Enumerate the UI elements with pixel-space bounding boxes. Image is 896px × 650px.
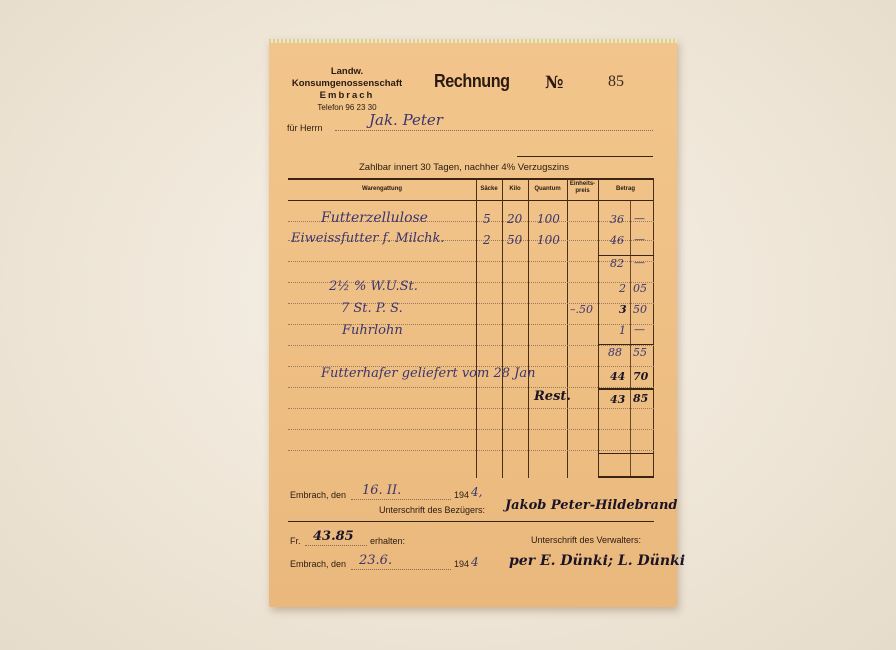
item-saecke: 2 (483, 233, 491, 247)
item-name: 7 St. P. S. (341, 301, 403, 316)
item-betrag-fr: 43 (610, 393, 625, 406)
item-name: Eiweissfutter f. Milchk. (291, 231, 445, 246)
date-line (351, 499, 451, 500)
admin-signature-label: Unterschrift des Verwalters: (531, 535, 641, 545)
col-header-warengattung: Warengattung (288, 186, 476, 193)
recipient-signature: Jakob Peter-Hildebrand (505, 498, 678, 513)
divider (517, 156, 653, 157)
col-divider-cents (630, 201, 631, 478)
row-rule (288, 408, 654, 409)
row-rule (288, 345, 654, 346)
company-block: Landw. Konsumgenossenschaft Embrach Tele… (286, 66, 408, 114)
item-betrag-rp: — (634, 212, 645, 225)
item-betrag-rp: — (634, 233, 645, 246)
date-value: 23.6. (359, 553, 392, 568)
date-line (351, 569, 451, 570)
received-amount: 43.85 (313, 529, 354, 544)
col-header-kilo: Kilo (502, 186, 528, 193)
col-divider (653, 178, 654, 478)
document-title: Rechnung (434, 71, 510, 92)
col-header-einheitspreis: Einheits- preis (567, 181, 598, 195)
subtotal-rule (598, 388, 654, 390)
recipient-label: für Herrn (287, 123, 323, 133)
item-kilo: 50 (507, 233, 522, 247)
signature-label: Unterschrift des Bezügers: (379, 505, 485, 515)
year-prefix: 194 (454, 490, 469, 500)
item-name: Rest. (534, 389, 571, 404)
item-betrag-rp: — (634, 323, 645, 336)
item-betrag-rp: 55 (633, 346, 647, 359)
item-betrag-rp: 50 (633, 303, 647, 316)
col-divider (502, 178, 503, 478)
item-name: Futterzellulose (321, 210, 428, 226)
item-einheitspreis: –.50 (570, 303, 593, 316)
col-divider (528, 178, 529, 478)
company-town: Embrach (286, 90, 408, 102)
year-suffix: 4, (471, 485, 482, 499)
invoice-paper: Landw. Konsumgenossenschaft Embrach Tele… (269, 39, 677, 607)
item-betrag-fr: 36 (610, 213, 624, 226)
total-rule (598, 476, 654, 478)
col-header-saecke: Säcke (476, 186, 502, 193)
number-label: № (545, 73, 563, 93)
item-saecke: 5 (483, 212, 491, 226)
subtotal-rule (598, 344, 654, 345)
item-betrag-rp: 70 (633, 370, 648, 383)
item-betrag-fr: 2 (619, 282, 626, 295)
item-betrag-fr: 82 (610, 257, 624, 270)
col-divider (598, 178, 599, 478)
divider (288, 521, 654, 522)
fr-label: Fr. (290, 536, 301, 546)
item-betrag-fr: 44 (610, 370, 625, 383)
admin-signature: per E. Dünki; L. Dünki (509, 553, 685, 569)
place-label: Embrach, den (290, 559, 346, 569)
item-name: 2½ % W.U.St. (329, 279, 418, 294)
subtotal-rule (598, 255, 654, 256)
item-kilo: 20 (507, 212, 522, 226)
date-value: 16. II. (362, 483, 401, 498)
item-betrag-rp: 85 (633, 392, 648, 405)
item-name: Futterhafer geliefert vom 28 Jan (321, 366, 535, 381)
year-prefix: 194 (454, 559, 469, 569)
amount-line (305, 545, 367, 546)
recipient-line (335, 130, 653, 131)
item-betrag-rp: — (634, 256, 645, 269)
year-suffix: 4 (471, 555, 479, 569)
col-header-betrag: Betrag (598, 186, 653, 193)
table-top-rule (288, 178, 654, 180)
col-divider (567, 178, 568, 478)
place-label: Embrach, den (290, 490, 346, 500)
item-name: Fuhrlohn (342, 323, 403, 338)
item-betrag-fr: 3 (619, 303, 627, 316)
payment-terms: Zahlbar innert 30 Tagen, nachher 4% Verz… (359, 162, 569, 173)
row-rule (288, 261, 654, 262)
recipient-name: Jak. Peter (369, 111, 443, 129)
table-header-rule (288, 200, 654, 201)
row-rule (288, 429, 654, 430)
item-betrag-fr: 46 (610, 234, 624, 247)
item-quantum: 100 (537, 212, 560, 226)
item-quantum: 100 (537, 233, 560, 247)
item-betrag-fr: 88 (608, 346, 622, 359)
col-divider (476, 178, 477, 478)
item-betrag-fr: 1 (619, 324, 626, 337)
invoice-number: 85 (608, 73, 624, 91)
row-rule (288, 450, 654, 451)
col-header-quantum: Quantum (528, 186, 567, 193)
item-betrag-rp: 05 (633, 282, 647, 295)
company-name: Landw. Konsumgenossenschaft (286, 66, 408, 90)
received-label: erhalten: (370, 536, 405, 546)
total-rule (598, 453, 654, 454)
